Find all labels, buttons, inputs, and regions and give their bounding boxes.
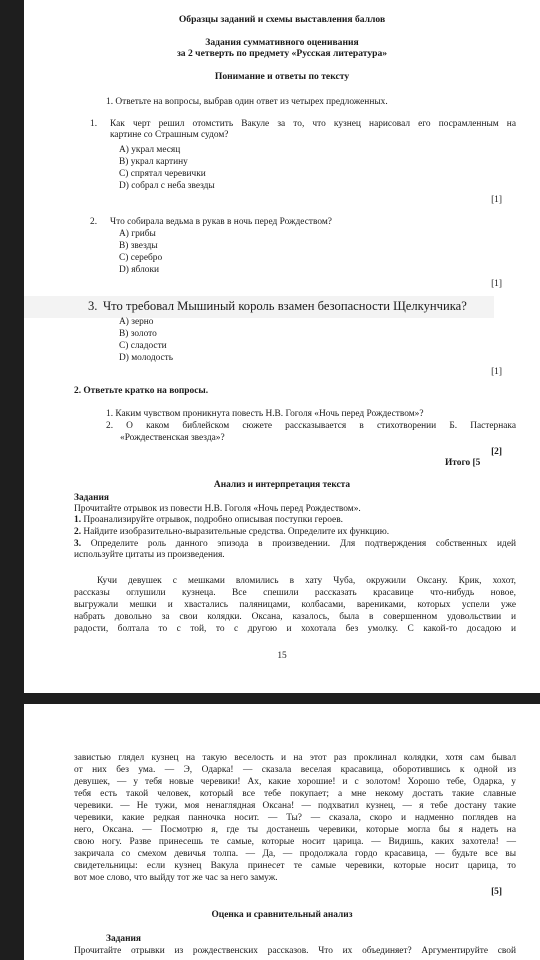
question-2-text: Что собирала ведьма в рукав в ночь перед… <box>110 216 332 228</box>
excerpt-line-11: черевики, какие редкая панночка носит. —… <box>74 812 516 824</box>
task-1-number: 1. <box>74 515 81 525</box>
question-1-number: 1. <box>90 118 97 130</box>
task-2-text: Найдите изобразительно-выразительные сре… <box>81 527 389 537</box>
question-3-option-b: B) золото <box>119 328 157 340</box>
excerpt-line-4: набрать довольно за свои колядки. Оксана… <box>74 611 516 623</box>
excerpt-line-6: завистью глядел кузнец на такую веселост… <box>74 752 516 764</box>
excerpt-line-2: рассказы оглушили кузнеца. Все спешили р… <box>74 587 516 599</box>
task-3-text: Определите роль данного эпизода в произв… <box>81 539 516 549</box>
question-2-option-b: B) звезды <box>119 240 158 252</box>
question-3-number: 3. <box>88 299 97 314</box>
excerpt-line-1: Кучи девушек с мешками вломились в хату … <box>97 575 516 587</box>
task-1-text: Проанализируйте отрывок, подробно описыв… <box>81 515 343 525</box>
document-subtitle-line2: за 2 четверть по предмету «Русская литер… <box>24 48 540 59</box>
excerpt-line-5: радости, болтала то с той, то с другою и… <box>74 623 516 635</box>
question-3-option-a: A) зерно <box>119 316 154 328</box>
task-2-number: 2. <box>74 527 81 537</box>
total-score: Итого [5 <box>445 457 480 469</box>
section-heading-comprehension: Понимание и ответы по тексту <box>24 71 540 82</box>
excerpt-line-9: тебя есть такой человек, который все теб… <box>74 788 516 800</box>
task-3-number: 3. <box>74 539 81 549</box>
excerpt-line-7: от них без ума. — Э, Одарка! — сказала в… <box>74 764 516 776</box>
analysis-task-2: 2. Найдите изобразительно-выразительные … <box>74 526 389 538</box>
question-1-option-b: B) украл картину <box>119 156 188 168</box>
question-2-score: [1] <box>491 278 502 290</box>
excerpt-line-14: закричала со смехом девичья толпа. — Да,… <box>74 848 516 860</box>
question-1-score: [1] <box>491 194 502 206</box>
question-2-option-c: C) серебро <box>119 252 162 264</box>
excerpt-line-8: девушек, — у тебя новые черевики! Ах, ка… <box>74 776 516 788</box>
instruction-choose-answer: 1. Ответьте на вопросы, выбрав один отве… <box>106 96 388 108</box>
question-2-option-a: A) грибы <box>119 228 156 240</box>
excerpt-line-10: черевики. — Не тужи, моя ненаглядная Окс… <box>74 800 516 812</box>
question-2-number: 2. <box>90 216 97 228</box>
document-subtitle-line1: Задания суммативного оценивания <box>24 37 540 48</box>
question-1-option-c: C) спрятал черевички <box>119 168 206 180</box>
question-3-option-d: D) молодость <box>119 352 173 364</box>
excerpt-line-3: выгружали мешки и хвастались паляницами,… <box>74 599 516 611</box>
excerpt-line-12: него, Оксана. — Посмотрю я, где ты доста… <box>74 824 516 836</box>
comparative-tasks-label: Задания <box>106 933 141 945</box>
section-heading-short-answers: 2. Ответьте кратко на вопросы. <box>74 385 208 397</box>
question-3-option-c: C) сладости <box>119 340 167 352</box>
excerpt-line-16: вот мое слово, что выйду тот же час за н… <box>74 872 278 884</box>
comparative-intro: Прочитайте отрывки из рождественских рас… <box>74 945 516 957</box>
excerpt-line-13: свою ногу. Разве принесешь те самые, кот… <box>74 836 516 848</box>
page-number: 15 <box>24 650 540 662</box>
short-question-2-cont: «Рождественская звезда»? <box>120 432 225 444</box>
analysis-task-1: 1. Проанализируйте отрывок, подробно опи… <box>74 514 343 526</box>
analysis-score: [5] <box>491 886 502 898</box>
question-1-text-cont: картине со Страшным судом? <box>110 129 228 141</box>
short-question-1: 1. Каким чувством проникнута повесть Н.В… <box>106 408 424 420</box>
document-page-15: Образцы заданий и схемы выставления балл… <box>24 0 540 693</box>
section-heading-analysis: Анализ и интерпретация текста <box>24 480 540 490</box>
short-answers-score: [2] <box>491 446 502 458</box>
document-title: Образцы заданий и схемы выставления балл… <box>24 14 540 25</box>
question-1-option-d: D) собрал с неба звезды <box>119 180 215 192</box>
excerpt-line-15: свидетельницы: если кузнец Вакула принес… <box>74 860 516 872</box>
section-heading-comparative: Оценка и сравнительный анализ <box>24 910 540 920</box>
short-question-2: 2. О каком библейском сюжете рассказывае… <box>106 420 516 432</box>
question-3-score: [1] <box>491 366 502 378</box>
analysis-task-3-cont: используйте цитаты из произведения. <box>74 549 225 561</box>
question-2-option-d: D) яблоки <box>119 264 159 276</box>
question-1-option-a: A) украл месяц <box>119 144 180 156</box>
question-3-text: Что требовал Мышиный король взамен безоп… <box>103 299 467 314</box>
document-page-16: завистью глядел кузнец на такую веселост… <box>24 704 540 960</box>
